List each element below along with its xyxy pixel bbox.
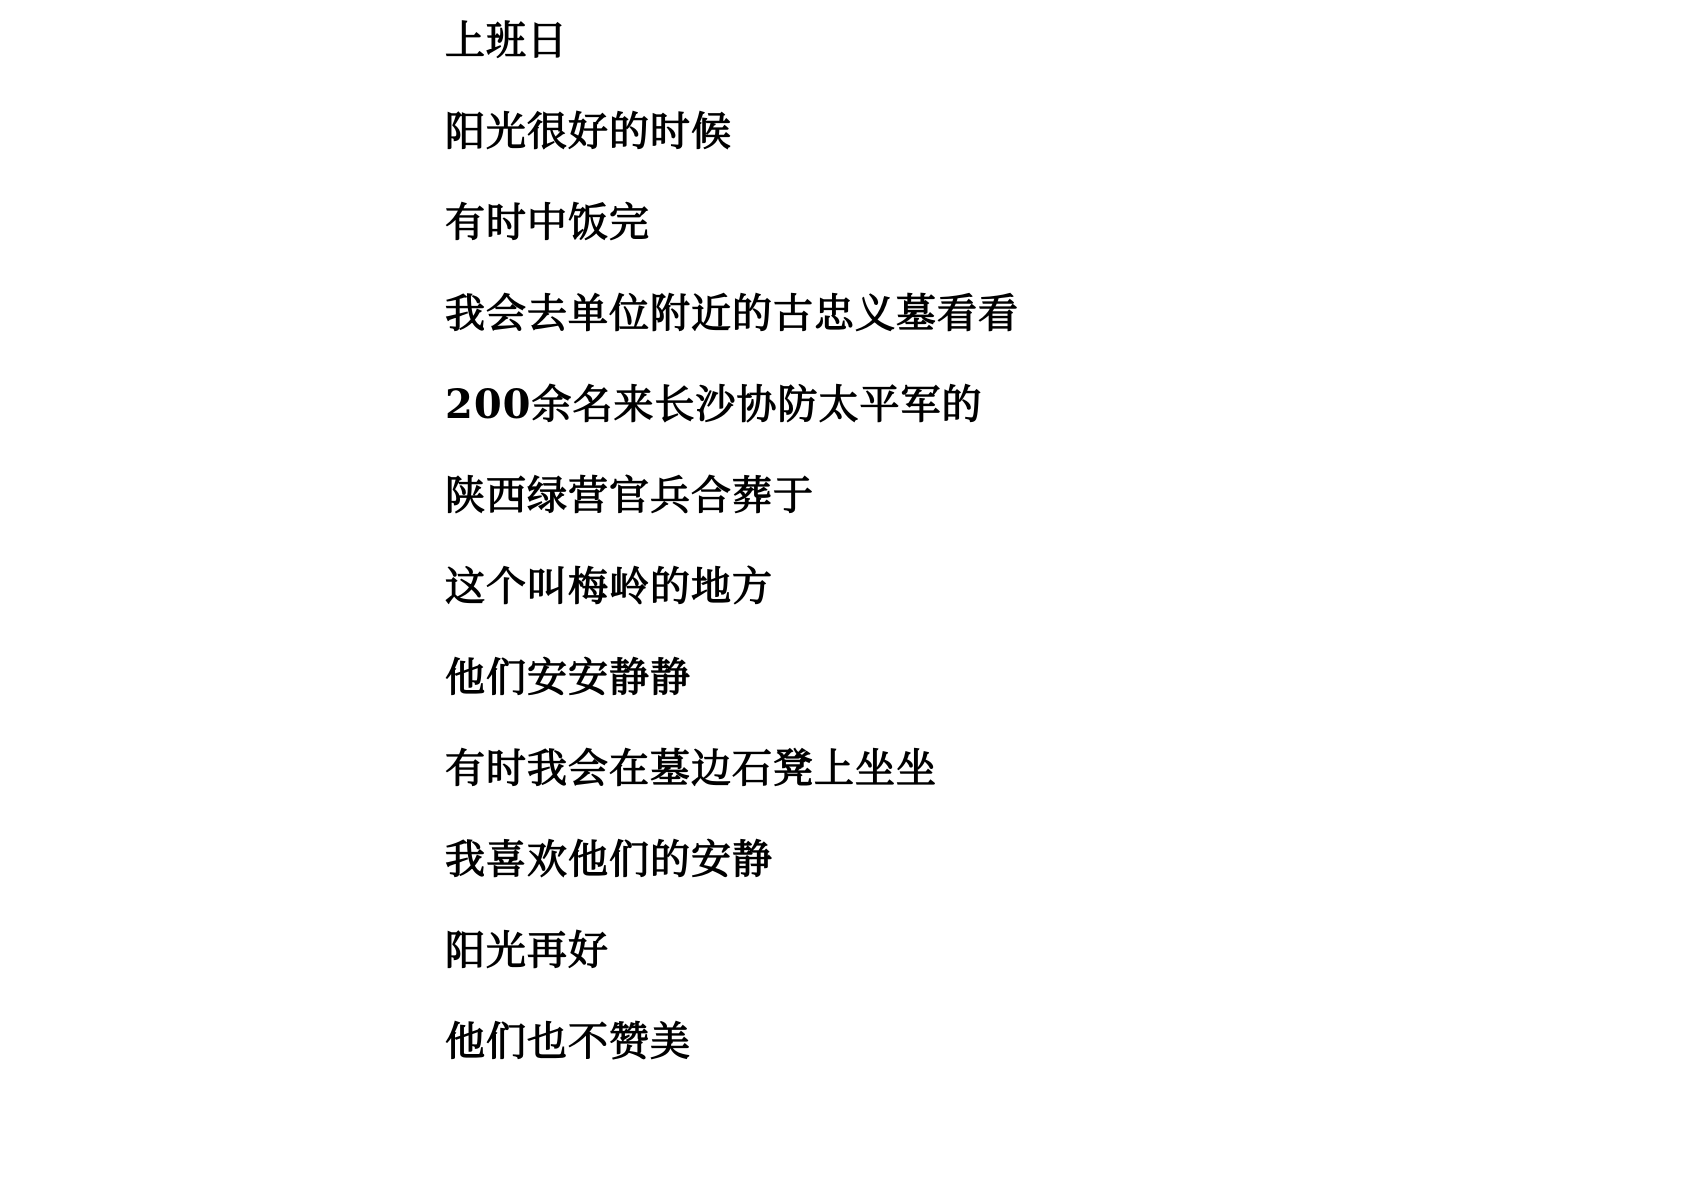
poem-line: 我喜欢他们的安静: [445, 839, 1019, 880]
poem-line: 有时中饭完: [445, 202, 1019, 243]
poem-line: 200余名来长沙协防太平军的: [445, 384, 1019, 425]
poem-line: 他们安安静静: [445, 657, 1019, 698]
poem-line: 陕西绿营官兵合葬于: [445, 475, 1019, 516]
poem-line: 他们也不赞美: [445, 1021, 1019, 1062]
poem-line: 阳光再好: [445, 930, 1019, 971]
poem-line: 有时我会在墓边石凳上坐坐: [445, 748, 1019, 789]
poem-text-block: 上班日 阳光很好的时候 有时中饭完 我会去单位附近的古忠义墓看看 200余名来长…: [445, 20, 1019, 1112]
poem-line: 阳光很好的时候: [445, 111, 1019, 152]
document-page: 上班日 阳光很好的时候 有时中饭完 我会去单位附近的古忠义墓看看 200余名来长…: [0, 0, 1692, 1186]
poem-line: 上班日: [445, 20, 1019, 61]
poem-line: 我会去单位附近的古忠义墓看看: [445, 293, 1019, 334]
poem-line: 这个叫梅岭的地方: [445, 566, 1019, 607]
